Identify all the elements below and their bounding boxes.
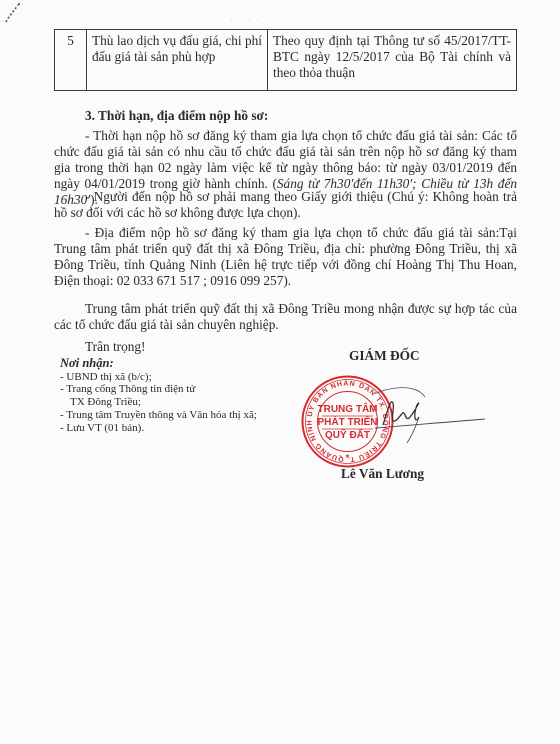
stamp-line-1: TRUNG TÂM xyxy=(318,402,378,415)
fee-table: 5 Thù lao dịch vụ đấu giá, chi phí đấu g… xyxy=(54,29,517,91)
recipient-item: - Lưu VT (01 bản). xyxy=(60,422,257,435)
section-heading: 3. Thời hạn, địa điểm nộp hồ sơ: xyxy=(85,108,268,124)
signer-title: GIÁM ĐỐC xyxy=(349,348,420,364)
paragraph-introduction-letter: - Người đến nộp hồ sơ phải mang theo Giấ… xyxy=(54,189,517,221)
stamp-line-3: QUỸ ĐẤT xyxy=(325,428,370,441)
closing-greeting: Trân trọng! xyxy=(85,339,145,355)
recipient-item: - UBND thị xã (b/c); xyxy=(60,371,257,384)
row-basis: Theo quy định tại Thông tư số 45/2017/TT… xyxy=(268,30,517,91)
scan-smudge xyxy=(4,2,22,24)
recipient-item: - Trang cổng Thông tin điện tử xyxy=(60,383,257,396)
handwritten-signature xyxy=(375,385,485,445)
table-row: 5 Thù lao dịch vụ đấu giá, chi phí đấu g… xyxy=(55,30,517,91)
row-item: Thù lao dịch vụ đấu giá, chi phí đấu giá… xyxy=(87,30,268,91)
recipient-item: TX Đông Triều; xyxy=(60,396,257,409)
signer-name: Lê Văn Lương xyxy=(341,466,424,482)
paragraph-cooperation: Trung tâm phát triển quỹ đất thị xã Đông… xyxy=(54,301,517,333)
document-page: · · · · · · 5 Thù lao dịch vụ đấu giá, c… xyxy=(0,0,560,744)
paragraph-location: - Địa điểm nộp hồ sơ đăng ký tham gia lự… xyxy=(54,225,517,289)
svg-text:★: ★ xyxy=(345,453,350,460)
recipient-item: - Trung tâm Truyền thông và Văn hóa thị … xyxy=(60,409,257,422)
recipients-block: Nơi nhận: - UBND thị xã (b/c); - Trang c… xyxy=(60,357,257,434)
row-number: 5 xyxy=(55,30,87,91)
stamp-line-2: PHÁT TRIỂN xyxy=(318,415,378,428)
bleed-through-text: · · · · · · xyxy=(230,16,278,25)
recipients-title: Nơi nhận: xyxy=(60,357,257,370)
